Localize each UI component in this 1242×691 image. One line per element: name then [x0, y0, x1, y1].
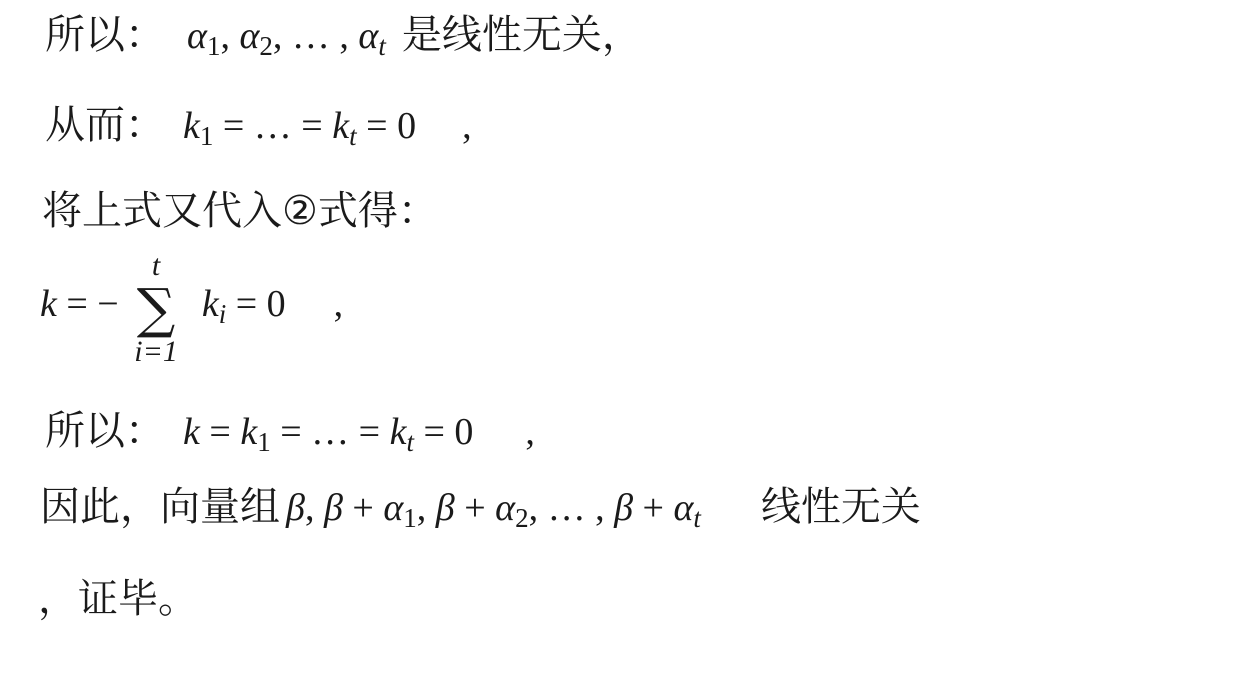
spacer — [165, 443, 183, 444]
proof-document: 所以：α1, α2, … , αt是线性无关， 从而：k1 = … = kt =… — [0, 0, 1242, 691]
chinese-text: 因此，向量组 — [40, 485, 280, 529]
math-text: 1 — [403, 503, 417, 533]
math-text: α — [358, 15, 378, 57]
math-text: β — [614, 487, 633, 529]
spacer — [286, 315, 334, 316]
math-text: = … = — [213, 105, 332, 147]
sum-lower-limit: i=1 — [134, 336, 178, 368]
proof-line-conger-k: 从而：k1 = … = kt = 0, — [45, 100, 472, 154]
math-text: = 0 — [357, 105, 416, 147]
math-text: , — [334, 283, 344, 325]
spacer — [386, 47, 402, 48]
math-text: k — [40, 283, 57, 325]
math-text: , — [417, 487, 436, 529]
math-text: t — [349, 121, 357, 151]
math-text: k — [183, 411, 200, 453]
math-text: = − — [57, 283, 128, 325]
proof-line-suoyi-alpha: 所以：α1, α2, … , αt是线性无关， — [45, 10, 642, 64]
math-text: 2 — [515, 503, 529, 533]
chinese-text: 将上式又代入②式得： — [42, 189, 438, 233]
chinese-text: 所以： — [45, 409, 165, 453]
math-text: β — [324, 487, 343, 529]
math-text: β — [286, 487, 305, 529]
chinese-text: ，证毕。 — [38, 577, 198, 621]
proof-line-conclusion: 因此，向量组β, β + α1, β + α2, … , β + αt线性无关 — [40, 482, 921, 536]
proof-line-suoyi-k: 所以：k = k1 = … = kt = 0, — [45, 406, 535, 460]
math-text: k — [332, 105, 349, 147]
spacer — [165, 47, 187, 48]
spacer — [701, 519, 761, 520]
math-text: , … , — [529, 487, 615, 529]
math-text: α — [383, 487, 403, 529]
spacer — [165, 137, 183, 138]
math-text: k — [390, 411, 407, 453]
spacer — [184, 315, 202, 316]
math-text: k — [240, 411, 257, 453]
math-text: 1 — [257, 427, 271, 457]
math-text: α — [187, 15, 207, 57]
chinese-text: 线性无关 — [761, 485, 921, 529]
proof-line-summation: k = − t∑i=1ki = 0, — [40, 254, 343, 371]
math-text: , — [462, 105, 472, 147]
chinese-text: 从而： — [45, 103, 165, 147]
math-text: 2 — [259, 31, 273, 61]
math-text: , — [220, 15, 239, 57]
math-text: α — [673, 487, 693, 529]
spacer — [473, 443, 525, 444]
math-text: t — [406, 427, 414, 457]
math-text: , … , — [273, 15, 359, 57]
math-text: , — [305, 487, 324, 529]
chinese-text: 是线性无关， — [402, 13, 642, 57]
math-text: t — [693, 503, 701, 533]
math-text: t — [378, 31, 386, 61]
math-text: 1 — [207, 31, 221, 61]
summation-expression: t∑i=1 — [134, 250, 178, 367]
math-text: + — [343, 487, 383, 529]
math-text: β — [436, 487, 455, 529]
math-text: + — [633, 487, 673, 529]
math-text: , — [525, 411, 535, 453]
math-text: = 0 — [226, 283, 285, 325]
math-text: α — [239, 15, 259, 57]
math-text: = — [200, 411, 240, 453]
sigma-icon: ∑ — [137, 282, 176, 336]
math-text: k — [183, 105, 200, 147]
chinese-text: 所以： — [45, 13, 165, 57]
proof-line-substitute: 将上式又代入②式得： — [42, 186, 438, 236]
math-text: k — [202, 283, 219, 325]
math-text: = … = — [271, 411, 390, 453]
proof-line-qed: ，证毕。 — [38, 574, 198, 624]
spacer — [416, 137, 462, 138]
math-text: 1 — [200, 121, 214, 151]
math-text: + — [455, 487, 495, 529]
math-text: = 0 — [414, 411, 473, 453]
math-text: α — [495, 487, 515, 529]
